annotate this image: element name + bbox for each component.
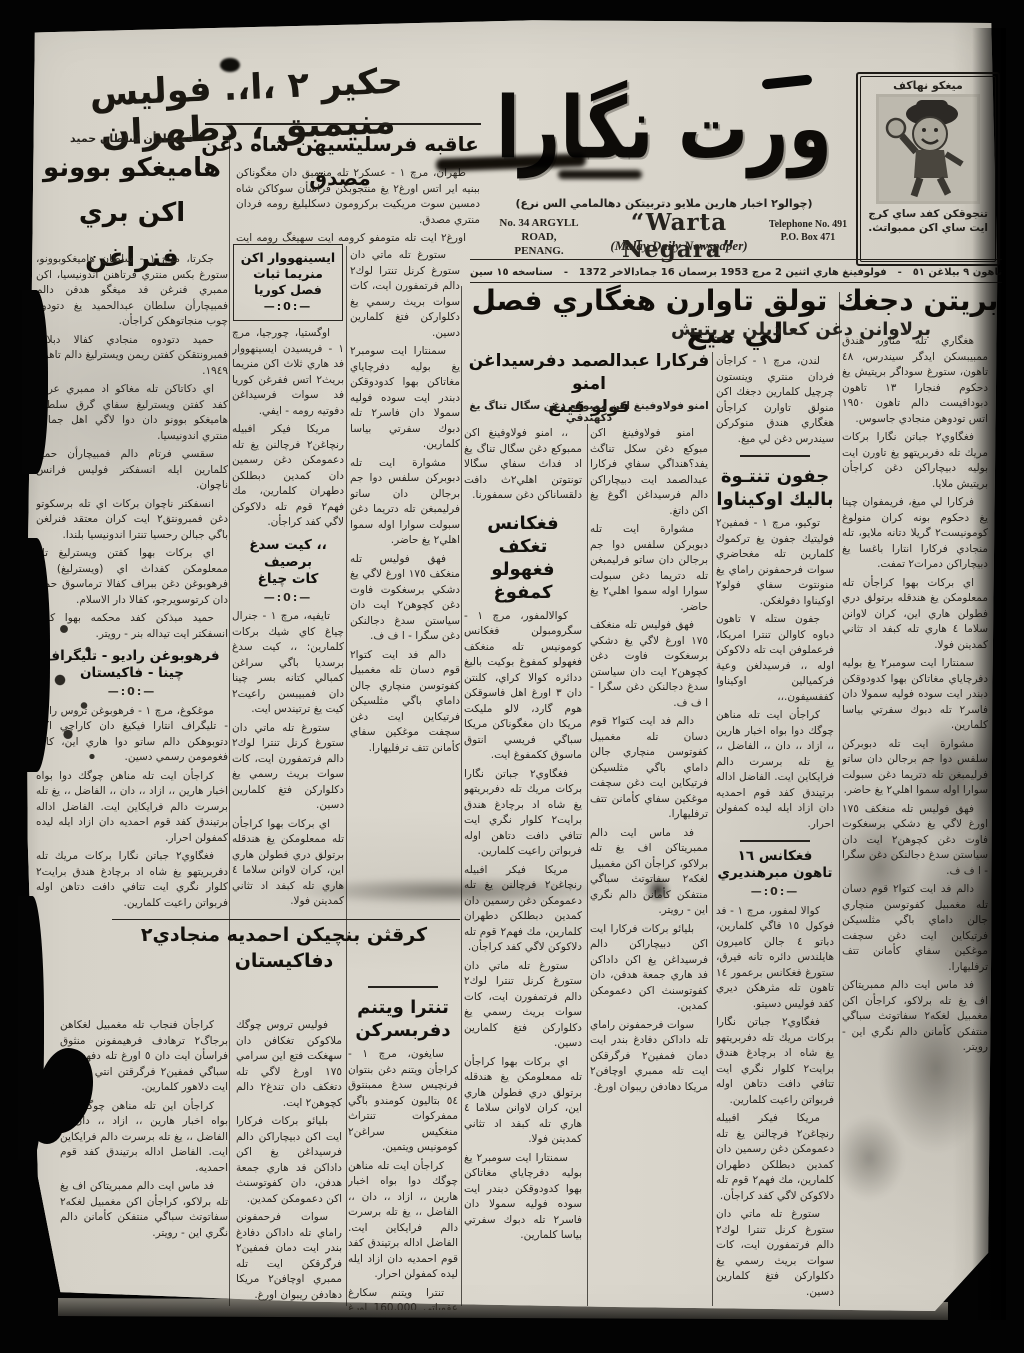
column-three: ستورغ تله ماتي دان ستورغ كرنل تنترا لوك٢… — [350, 248, 460, 918]
column-two: ايسينهووار اكن منريما ثباتفصل كوريا—:0:—… — [232, 244, 344, 920]
masthead-latin-title: “Warta Negara” — [596, 209, 762, 263]
body-paragraph: ستورغ تله ماتي دان ستورغ كرنل تنترا لوك٢… — [716, 1207, 834, 1300]
body-paragraph: فد ماس ايت دالم ممبريتاكن اف يغ تله برلا… — [60, 1179, 228, 1241]
horizontal-rule — [470, 259, 1002, 260]
body-paragraph: تنترا ويتنم سكارغ عقوباتي 160,000 اورغ -… — [348, 1286, 458, 1311]
column-six: لندن، مرچ ١ - كراجأن فردان منتري وينستون… — [716, 354, 834, 1310]
body-paragraph: فركارا لي ميغ، فريمفوان چينا يغ دحكوم بو… — [842, 495, 988, 573]
column-four: ،، امنو فولاوفينغ اكن ممبوكع دغن سگال تن… — [464, 426, 582, 1310]
body-paragraph: اي دكاتاكن تله مغاكو اد ممبري عرئته كفد … — [36, 382, 228, 444]
body-paragraph: فغگاوي٢ جباتن نگارا بركات مريك تله دفربر… — [842, 430, 988, 492]
body-paragraph: مريكا فيكر افبيله رنچاغن٢ فرچالنن يغ تله… — [716, 1111, 834, 1204]
body-paragraph: فد ماس ايت دالم ممبريتاكن اف يغ تله برلا… — [590, 826, 708, 919]
headline-line: فصل كوريا — [237, 282, 339, 298]
headline-line: فرهوبوغن راديو - تليگراف — [36, 648, 228, 665]
column-rule — [229, 134, 230, 1306]
scan-edge-tear — [22, 290, 48, 474]
ad-caption-line: ايت ساي اكن ممبواتث. — [868, 221, 988, 235]
section-rule — [740, 840, 810, 842]
body-paragraph: اوگستيا، چورجيا، مرچ ١ - فريسيدن ايسينهو… — [232, 326, 344, 419]
column-rule — [587, 424, 588, 1306]
column-rule — [712, 352, 713, 1306]
headline-line: باليك اوكيناوا — [716, 488, 834, 511]
bottom-left-b: فوليس تروس چوگك ملاكوكن تغكافن دان سهغكت… — [236, 1018, 342, 1306]
body-paragraph: فوليس تروس چوگك ملاكوكن تغكافن دان سهغكت… — [236, 1018, 342, 1111]
address-line: PENANG. — [482, 244, 596, 258]
body-paragraph: سقسي فرتام دالم فمبيچارأن حميد كلمارين ا… — [36, 447, 228, 494]
body-paragraph: مشوارة ايت تله دبوبركن سلفس دوا جم برجال… — [350, 456, 460, 549]
address-line: No. 34 ARGYLL ROAD, — [482, 216, 596, 244]
body-paragraph: توكيو، مرچ ١ - فمفين٢ فوليتيك جفون يغ تر… — [716, 516, 834, 609]
column-left: جكرتا، مرچ ١ - سلطان هاميغكوبوونو، ستورغ… — [36, 252, 228, 1010]
headline-line: كات چياغ — [232, 571, 344, 588]
body-paragraph: بليائو بركات فركارا ايت اكن دبيچاراكن دا… — [236, 1114, 342, 1207]
abdul-samad-lead: امنو فولاوفينغ اكن ممبوكع دغن سگال تناگ … — [464, 400, 714, 424]
phone-line: Telephone No. 491 — [764, 218, 852, 231]
body-paragraph: كراجأن ايت تله مناهن چوگك دوا بواه اخبار… — [36, 769, 228, 847]
column-headline: ،، كيت سدغ برصيفكات چياغ — [232, 537, 344, 588]
headline-line: فغكانس ١٦ تاهون مبرهنديري — [716, 848, 834, 882]
column-headline: تنترا ويتنمدفربسركن — [348, 996, 458, 1042]
body-paragraph: موغكوغ، مرچ ١ - فرهوبوغن تروس راديو - تل… — [36, 704, 228, 766]
column-headline: فرهوبوغن راديو - تليگرافچينا - فاكيستان — [36, 648, 228, 682]
body-paragraph: كوالالمفور، مرچ ١ - سگرومبولن فغكانس كوم… — [464, 609, 582, 764]
boxed-headline: ايسينهووار اكن منريما ثباتفصل كوريا—:0:— — [233, 244, 343, 321]
headline-line: فغهولو كمفوغ — [464, 558, 582, 604]
section-divider: —:0:— — [232, 590, 344, 606]
body-paragraph: مشوارة ايت تله دبوبركن سلفس دوا جم برجال… — [842, 737, 988, 799]
column-vietnam: تنترا ويتنمدفربسركنسايغون، مرچ ١ - كراجأ… — [348, 978, 458, 1310]
newspaper-page: حكير ٢ ،ا،. فوليس منيمبق ، دطهران فمبچار… — [0, 0, 1024, 1353]
separator: - — [898, 267, 902, 278]
body-paragraph: سوات فرحمفونن راماي تله داداكن دفادغ بند… — [590, 1018, 708, 1096]
body-paragraph: لندن، مرچ ١ - كراجأن فردان منتري وينستون… — [716, 354, 834, 447]
ink-blob — [30, 1102, 64, 1144]
body-paragraph: دالم فد ايت كتوا٢ قوم دسان تله مغمبيل كف… — [842, 882, 988, 975]
column-rule — [346, 246, 347, 1306]
section-divider: —:0:— — [716, 884, 834, 900]
masthead-contact: Telephone No. 491 P.O. Box 471 — [764, 218, 852, 244]
body-paragraph: سمنتارا ايت سومبر٢ يغ بوليه دفرچاياي مغا… — [842, 656, 988, 734]
headline-line: ،، كيت سدغ برصيف — [232, 537, 344, 571]
body-paragraph: اي بركات بهوا كفتن ويسترليغ تله ممعلومكن… — [36, 546, 228, 608]
headline-line: دفربسركن — [348, 1019, 458, 1042]
section-rule — [368, 986, 438, 988]
horizontal-rule — [470, 282, 1002, 283]
column-rule — [461, 286, 462, 1306]
body-paragraph: كراجأن ايت تله مناهن چوگك دوا بواه اخبار… — [348, 1159, 458, 1283]
dateline-bar: تاهون ٩ بيلاغن ٥١ - فولوفينغ هاري اثنين … — [470, 263, 1002, 281]
body-paragraph: اي بركات بهوا كراجأن تله ممعلومكن يغ هند… — [842, 576, 988, 654]
body-paragraph: ستورغ تله ماتي دان ستورغ كرنل تنترا لوك٢… — [464, 959, 582, 1052]
masthead-latin-subtitle: (Malay Daily Newspaper) — [584, 238, 774, 254]
section-divider: —:0:— — [237, 299, 339, 315]
body-paragraph: فغگاوي٢ جباتن نگارا بركات مريك تله دفربر… — [464, 767, 582, 860]
body-paragraph: جكرتا، مرچ ١ - سلطان هاميغكوبوونو، ستورغ… — [36, 252, 228, 330]
body-paragraph: جفون ستله ٧ تاهون دباوه كاوالن تنترا امر… — [716, 612, 834, 705]
body-paragraph: انسفكتر ناچوان بركات اي تله برسكوتو دغن … — [36, 497, 228, 544]
section-rule — [740, 455, 810, 457]
body-paragraph: مريكا فيكر افبيله رنچاغن٢ فرچالنن يغ تله… — [464, 863, 582, 956]
body-paragraph: فغگاوي٢ جباتن نگارا بركات مريك تله دفربر… — [716, 1015, 834, 1108]
body-paragraph: فهق فوليس تله منغكف ١٧٥ اورغ لاگي يغ دشك… — [350, 552, 460, 645]
body-paragraph: تايفيه، مرچ ١ - جنرال چياغ كاي شيك بركات… — [232, 609, 344, 718]
body-paragraph: اي بركات بهوا كراجأن تله ممعلومكن يغ هند… — [464, 1055, 582, 1148]
section-divider: —:0:— — [36, 684, 228, 700]
body-paragraph: سايغون، مرچ ١ - كراجأن ويتنم دغن بنتوان … — [348, 1047, 458, 1156]
ad-caption-line: تنجوقكن كفد ساي كرج — [868, 207, 988, 221]
body-paragraph: اي بركات بهوا كراجأن تله ممعلومكن يغ هند… — [232, 817, 344, 910]
column-rule — [839, 292, 840, 1306]
ad-caption-top: ميغكو نهاكف — [893, 79, 963, 92]
column-headline: فغكانس تغكففغهولو كمفوغ — [464, 512, 582, 604]
column-seven: هغگاري تله مناور هندق ممبيبسكن ايدگر سين… — [842, 334, 988, 1310]
body-paragraph: فد ماس ايت دالم ممبريتاكن اف يغ تله برلا… — [842, 978, 988, 1056]
body-paragraph: دالم فد ايت كتوا٢ قوم دسان تله مغمبيل كف… — [590, 714, 708, 823]
body-paragraph: بليائو بركات فركارا ايت اكن دبيچاراكن دا… — [590, 922, 708, 1015]
body-paragraph: سمنتارا ايت سومبر٢ يغ بوليه دفرچاياي مغا… — [464, 1151, 582, 1244]
scan-edge-tear — [20, 538, 50, 772]
body-paragraph: امنو فولاوفينغ اكن مبوكع دغن سكل تناگث ي… — [590, 426, 708, 519]
headline-line: فغكانس تغكف — [464, 512, 582, 558]
body-paragraph: حميد دتودوه منجادي كفالا دبلاكغ فمبرونتق… — [36, 333, 228, 380]
body-paragraph: كوالا لمفور، مرچ ١ - فد فوكول ١٥ فاگي كل… — [716, 904, 834, 1013]
body-paragraph: مريكا فيكر افبيله رنچاغن٢ فرچالنن يغ تله… — [232, 422, 344, 531]
body-paragraph: سوات فرحمفونن راماي تله داداكن دفادغ بند… — [236, 1210, 342, 1303]
body-paragraph: ،، امنو فولاوفينغ اكن ممبوكع دغن سگال تن… — [464, 426, 582, 504]
body-paragraph: دالم فد ايت كتوا٢ قوم دسان تله مغمبيل كف… — [350, 648, 460, 757]
body-paragraph: ستورغ تله ماتي دان ستورغ كرنل تنترا لوك٢… — [350, 248, 460, 341]
horizontal-rule — [205, 123, 481, 125]
body-paragraph: طهران، مرچ ١ - عسكر٢ تله منيمبق دان مغگو… — [236, 166, 480, 228]
akibat-body: طهران، مرچ ١ - عسكر٢ تله منيمبق دان مغگو… — [236, 166, 480, 244]
body-paragraph: اورغ٢ ايت تله متومفو كرومه ايت سهيغگ روم… — [236, 231, 480, 244]
body-paragraph: فهق فوليس تله منغكف ١٧٥ اورغ لاگي يغ دشك… — [590, 618, 708, 711]
masthead-address: No. 34 ARGYLL ROAD, PENANG. — [482, 216, 596, 258]
scan-edge-shadow — [972, 28, 1006, 1320]
column-five: امنو فولاوفينغ اكن مبوكع دغن سكل تناگث ي… — [590, 426, 708, 1310]
headline-line: جفون تنتـوة — [716, 465, 834, 488]
body-paragraph: هغگاري تله مناور هندق ممبيبسكن ايدگر سين… — [842, 334, 988, 427]
price-text: سناسخه ١٥ سين — [470, 267, 553, 278]
body-paragraph: سمنتارا ايت سومبر٢ يغ بوليه دفرچاياي مغا… — [350, 344, 460, 453]
column-headline: جفون تنتـوةباليك اوكيناوا — [716, 465, 834, 511]
body-paragraph: فهق فوليس تله منغكف ١٧٥ اورغ لاگي يغ دشك… — [842, 802, 988, 880]
headline-line: چينا - فاكيستان — [36, 665, 228, 682]
body-paragraph: مشوارة ايت تله دبوبركن سلفس دوا جم برجال… — [590, 522, 708, 615]
cartoon-boy-illustration — [876, 94, 980, 204]
ad-caption-bottom: تنجوقكن كفد ساي كرج ايت ساي اكن ممبواتث. — [868, 207, 988, 235]
body-paragraph: فغگاوي٢ جباتن نگارا بركات مريك تله دفربر… — [36, 849, 228, 911]
headline-line: تنترا ويتنم — [348, 996, 458, 1019]
pobox-line: P.O. Box 471 — [764, 231, 852, 244]
headline-line: فركارا عبدالصمد دفرسيداغن امنو — [464, 350, 714, 396]
body-paragraph: حميد مبذكن كفد محكمه بهوا كثأن انسفكتر ا… — [36, 611, 228, 642]
body-paragraph: كراجأن ايت تله مناهن چوگك دوا بواه اخبار… — [716, 708, 834, 832]
headline-line: ايسينهووار اكن منريما ثبات — [237, 250, 339, 282]
body-paragraph: ستورغ تله ماتي دان ستورغ كرنل تنترا لوك٢… — [232, 721, 344, 814]
date-text: فولوفينغ هاري اثنين 2 مرچ 1953 برسمان 16… — [579, 267, 887, 278]
separator: - — [564, 267, 568, 278]
column-headline: فغكانس ١٦ تاهون مبرهنديري — [716, 848, 834, 882]
